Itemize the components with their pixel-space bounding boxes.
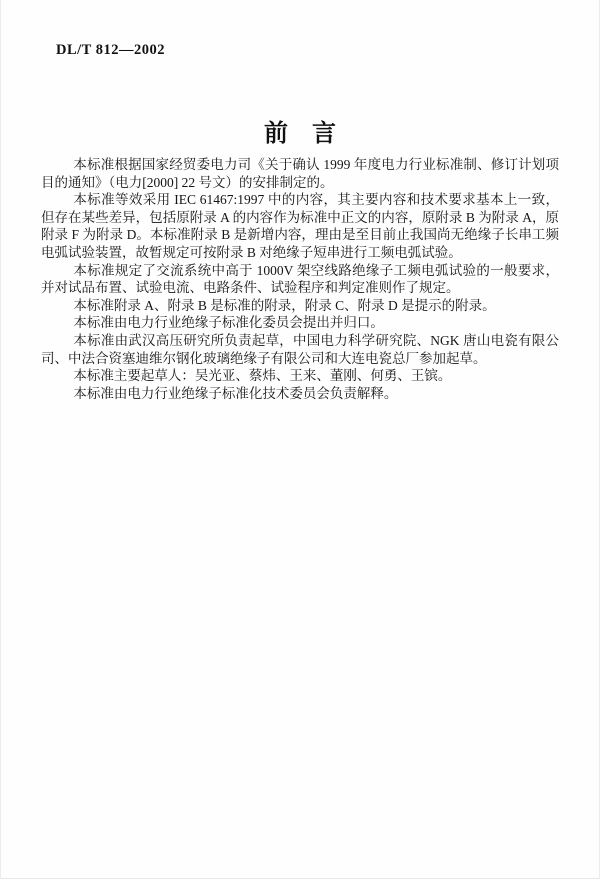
paragraph-iec-adoption: 本标准等效采用 IEC 61467:1997 中的内容，其主要内容和技术要求基本… bbox=[41, 191, 559, 261]
paragraph-committee: 本标准由电力行业绝缘子标准化委员会提出并归口。 bbox=[41, 314, 559, 332]
paragraph-basis: 本标准根据国家经贸委电力司《关于确认 1999 年度电力行业标准制、修订计划项目… bbox=[41, 156, 559, 191]
standard-number: DL/T 812—2002 bbox=[56, 42, 165, 59]
paragraph-scope: 本标准规定了交流系统中高于 1000V 架空线路绝缘子工频电弧试验的一般要求，并… bbox=[41, 262, 559, 297]
paragraph-appendices: 本标准附录 A、附录 B 是标准的附录，附录 C、附录 D 是提示的附录。 bbox=[41, 297, 559, 315]
paragraph-drafters: 本标准主要起草人：吴光亚、蔡炜、王来、董刚、何勇、王镔。 bbox=[41, 367, 559, 385]
foreword-body: 本标准根据国家经贸委电力司《关于确认 1999 年度电力行业标准制、修订计划项目… bbox=[41, 156, 559, 402]
page-title: 前 言 bbox=[1, 113, 599, 148]
paragraph-drafters-org: 本标准由武汉高压研究所负责起草，中国电力科学研究院、NGK 唐山电瓷有限公司、中… bbox=[41, 332, 559, 367]
document-page: DL/T 812—2002 前 言 本标准根据国家经贸委电力司《关于确认 199… bbox=[0, 0, 600, 879]
paragraph-interpreter: 本标准由电力行业绝缘子标准化技术委员会负责解释。 bbox=[41, 385, 559, 403]
